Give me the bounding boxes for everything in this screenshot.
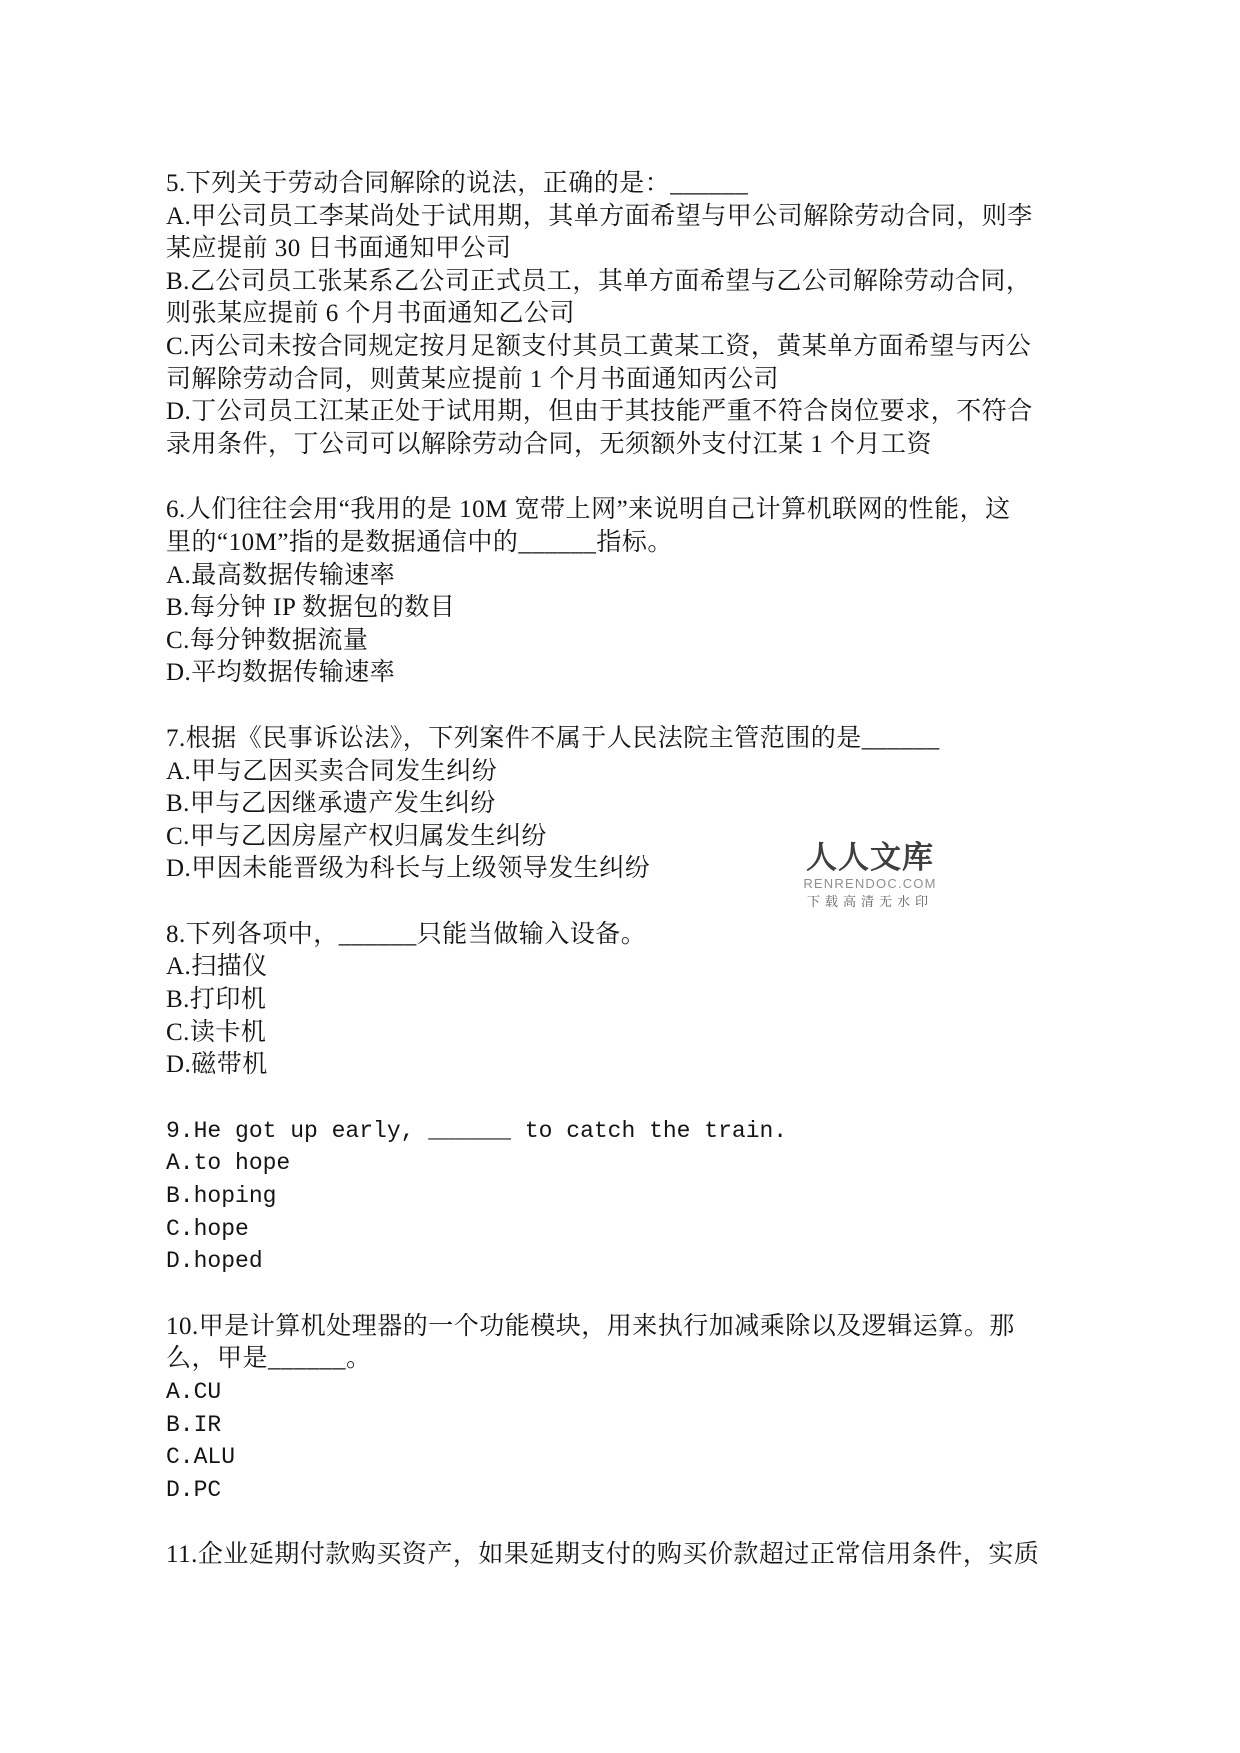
watermark-logo-text: 人人文库 xyxy=(799,841,941,875)
watermark-domain-text: RENRENDOC.COM xyxy=(799,876,941,891)
option-line: B.乙公司员工张某系乙公司正式员工，其单方面希望与乙公司解除劳动合同， xyxy=(166,266,1082,299)
question-8: 8.下列各项中，______只能当做输入设备。 A.扫描仪 B.打印机 C.读卡… xyxy=(166,919,1082,1082)
question-stem-line: 7.根据《民事诉讼法》，下列案件不属于人民法院主管范围的是______ xyxy=(166,723,1082,756)
option-line: B.打印机 xyxy=(166,984,1082,1017)
question-stem-line: 10.甲是计算机处理器的一个功能模块，用来执行加减乘除以及逻辑运算。那 xyxy=(166,1311,1082,1344)
option-line: D.平均数据传输速率 xyxy=(166,657,1082,690)
question-stem-line: 11.企业延期付款购买资产，如果延期支付的购买价款超过正常信用条件，实质 xyxy=(166,1539,1082,1572)
option-line: C.ALU xyxy=(166,1441,1082,1474)
option-line: A.甲与乙因买卖合同发生纠纷 xyxy=(166,756,1082,789)
watermark-tagline-text: 下载高清无水印 xyxy=(799,894,941,909)
question-6: 6.人们往往会用“我用的是 10M 宽带上网”来说明自己计算机联网的性能，这 里… xyxy=(166,494,1082,690)
question-stem-line: 8.下列各项中，______只能当做输入设备。 xyxy=(166,919,1082,952)
renrendoc-watermark: 人人文库 RENRENDOC.COM 下载高清无水印 xyxy=(799,841,941,909)
question-5: 5.下列关于劳动合同解除的说法，正确的是：______ A.甲公司员工李某尚处于… xyxy=(166,168,1082,461)
option-line: D.丁公司员工江某正处于试用期，但由于其技能严重不符合岗位要求，不符合 xyxy=(166,396,1082,429)
option-line: D.PC xyxy=(166,1474,1082,1507)
question-7: 7.根据《民事诉讼法》，下列案件不属于人民法院主管范围的是______ A.甲与… xyxy=(166,723,1082,886)
option-line: 司解除劳动合同，则黄某应提前 1 个月书面通知丙公司 xyxy=(166,364,1082,397)
question-stem-line: 6.人们往往会用“我用的是 10M 宽带上网”来说明自己计算机联网的性能，这 xyxy=(166,494,1082,527)
option-line: 则张某应提前 6 个月书面通知乙公司 xyxy=(166,298,1082,331)
question-9: 9.He got up early, ______ to catch the t… xyxy=(166,1115,1082,1278)
option-line: 某应提前 30 日书面通知甲公司 xyxy=(166,233,1082,266)
question-stem-line: 么，甲是______。 xyxy=(166,1343,1082,1376)
option-line: C.hope xyxy=(166,1213,1082,1246)
option-line: B.hoping xyxy=(166,1180,1082,1213)
document-page: 5.下列关于劳动合同解除的说法，正确的是：______ A.甲公司员工李某尚处于… xyxy=(0,0,1240,1753)
option-line: A.甲公司员工李某尚处于试用期，其单方面希望与甲公司解除劳动合同，则李 xyxy=(166,201,1082,234)
option-line: D.磁带机 xyxy=(166,1049,1082,1082)
option-line: B.甲与乙因继承遗产发生纠纷 xyxy=(166,788,1082,821)
option-line: A.扫描仪 xyxy=(166,951,1082,984)
question-stem-line: 5.下列关于劳动合同解除的说法，正确的是：______ xyxy=(166,168,1082,201)
option-line: D.甲因未能晋级为科长与上级领导发生纠纷 xyxy=(166,853,1082,886)
exam-questions: 5.下列关于劳动合同解除的说法，正确的是：______ A.甲公司员工李某尚处于… xyxy=(166,168,1082,1605)
option-line: C.甲与乙因房屋产权归属发生纠纷 xyxy=(166,821,1082,854)
question-11: 11.企业延期付款购买资产，如果延期支付的购买价款超过正常信用条件，实质 xyxy=(166,1539,1082,1572)
option-line: A.CU xyxy=(166,1376,1082,1409)
option-line: C.读卡机 xyxy=(166,1017,1082,1050)
question-stem-line: 9.He got up early, ______ to catch the t… xyxy=(166,1115,1082,1148)
question-10: 10.甲是计算机处理器的一个功能模块，用来执行加减乘除以及逻辑运算。那 么，甲是… xyxy=(166,1311,1082,1507)
option-line: D.hoped xyxy=(166,1245,1082,1278)
option-line: C.每分钟数据流量 xyxy=(166,625,1082,658)
option-line: A.最高数据传输速率 xyxy=(166,560,1082,593)
option-line: B.IR xyxy=(166,1409,1082,1442)
option-line: B.每分钟 IP 数据包的数目 xyxy=(166,592,1082,625)
question-stem-line: 里的“10M”指的是数据通信中的______指标。 xyxy=(166,527,1082,560)
option-line: C.丙公司未按合同规定按月足额支付其员工黄某工资，黄某单方面希望与丙公 xyxy=(166,331,1082,364)
option-line: 录用条件，丁公司可以解除劳动合同，无须额外支付江某 1 个月工资 xyxy=(166,429,1082,462)
option-line: A.to hope xyxy=(166,1147,1082,1180)
